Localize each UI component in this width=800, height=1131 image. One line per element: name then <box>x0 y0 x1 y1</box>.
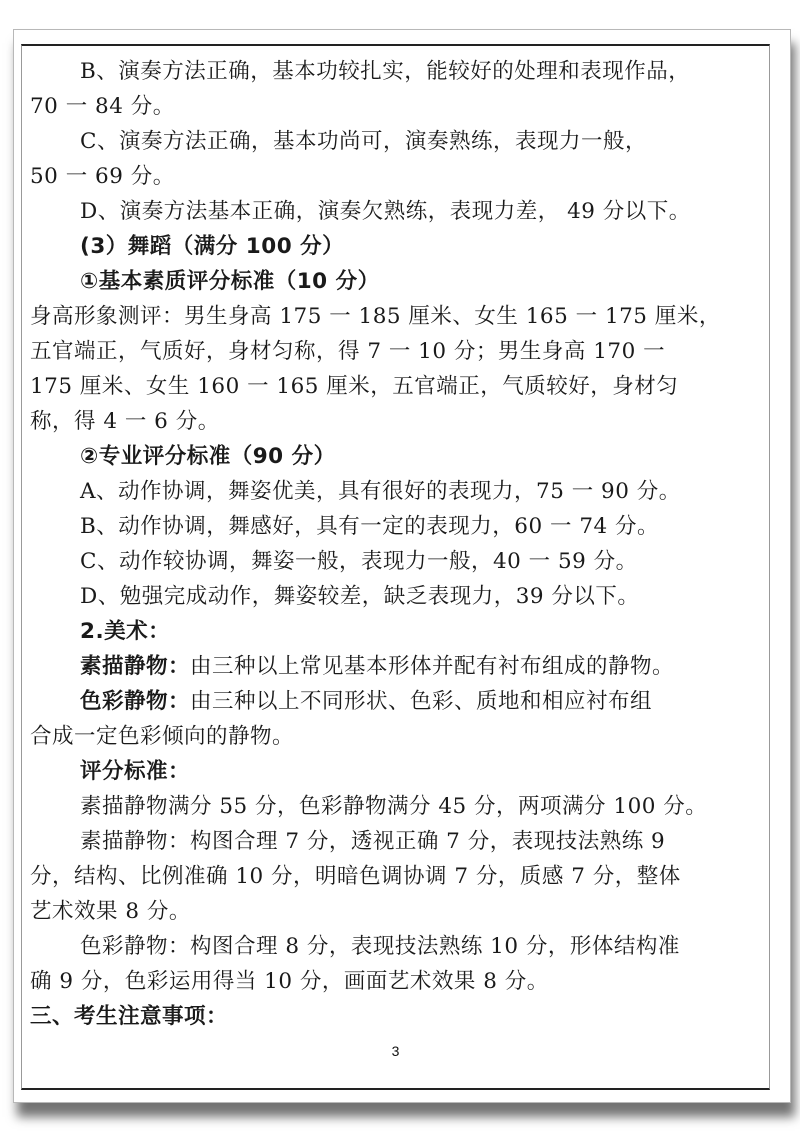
sketch-scoring-line-1: 素描静物：构图合理 7 分，透视正确 7 分，表现技法熟练 9 <box>30 824 762 859</box>
sketch-label: 素描静物： <box>80 654 190 679</box>
sketch-still-life-desc: 素描静物：由三种以上常见基本形体并配有衬布组成的静物。 <box>30 649 762 684</box>
art-total-score: 素描静物满分 55 分，色彩静物满分 45 分，两项满分 100 分。 <box>30 789 762 824</box>
dance-height-line-1: 身高形象测评：男生身高 175 一 185 厘米、女生 165 一 175 厘米… <box>30 299 762 334</box>
dance-height-line-4: 称，得 4 一 6 分。 <box>30 404 762 439</box>
sketch-text: 由三种以上常见基本形体并配有衬布组成的静物。 <box>190 654 674 679</box>
color-scoring-line-1: 色彩静物：构图合理 8 分，表现技法熟练 10 分，形体结构准 <box>30 929 762 964</box>
sketch-scoring-line-2: 分，结构、比例准确 10 分，明暗色调协调 7 分，质感 7 分，整体 <box>30 859 762 894</box>
music-grade-b: B、演奏方法正确，基本功较扎实，能较好的处理和表现作品， <box>30 54 762 89</box>
candidate-notes-heading: 三、考生注意事项： <box>30 999 762 1034</box>
color-label: 色彩静物： <box>80 689 190 714</box>
dance-grade-a: A、动作协调，舞姿优美，具有很好的表现力，75 一 90 分。 <box>30 474 762 509</box>
document-page: B、演奏方法正确，基本功较扎实，能较好的处理和表现作品， 70 一 84 分。 … <box>13 29 791 1103</box>
scoring-criteria-heading: 评分标准： <box>30 754 762 789</box>
dance-height-line-3: 175 厘米、女生 160 一 165 厘米，五官端正，气质较好，身材匀 <box>30 369 762 404</box>
music-grade-c: C、演奏方法正确，基本功尚可，演奏熟练，表现力一般， <box>30 124 762 159</box>
page-frame: B、演奏方法正确，基本功较扎实，能较好的处理和表现作品， 70 一 84 分。 … <box>21 44 770 1090</box>
color-scoring-line-2: 确 9 分，色彩运用得当 10 分，画面艺术效果 8 分。 <box>30 964 762 999</box>
page-number: 3 <box>22 1043 769 1059</box>
dance-professional-criteria-heading: ②专业评分标准（90 分） <box>30 439 762 474</box>
dance-height-line-2: 五官端正，气质好，身材匀称，得 7 一 10 分；男生身高 170 一 <box>30 334 762 369</box>
music-grade-d: D、演奏方法基本正确，演奏欠熟练，表现力差， 49 分以下。 <box>30 194 762 229</box>
page-content: B、演奏方法正确，基本功较扎实，能较好的处理和表现作品， 70 一 84 分。 … <box>30 54 762 1034</box>
sketch-scoring-line-3: 艺术效果 8 分。 <box>30 894 762 929</box>
music-grade-b-score: 70 一 84 分。 <box>30 89 762 124</box>
dance-grade-b: B、动作协调，舞感好，具有一定的表现力，60 一 74 分。 <box>30 509 762 544</box>
color-still-life-desc: 色彩静物：由三种以上不同形状、色彩、质地和相应衬布组 <box>30 684 762 719</box>
art-heading: 2.美术： <box>30 614 762 649</box>
color-text: 由三种以上不同形状、色彩、质地和相应衬布组 <box>190 689 652 714</box>
dance-heading: (3）舞蹈（满分 100 分） <box>30 229 762 264</box>
music-grade-c-score: 50 一 69 分。 <box>30 159 762 194</box>
color-still-life-desc-cont: 合成一定色彩倾向的静物。 <box>30 719 762 754</box>
dance-basic-criteria-heading: ①基本素质评分标准（10 分） <box>30 264 762 299</box>
dance-grade-c: C、动作较协调，舞姿一般，表现力一般，40 一 59 分。 <box>30 544 762 579</box>
dance-grade-d: D、勉强完成动作，舞姿较差，缺乏表现力，39 分以下。 <box>30 579 762 614</box>
